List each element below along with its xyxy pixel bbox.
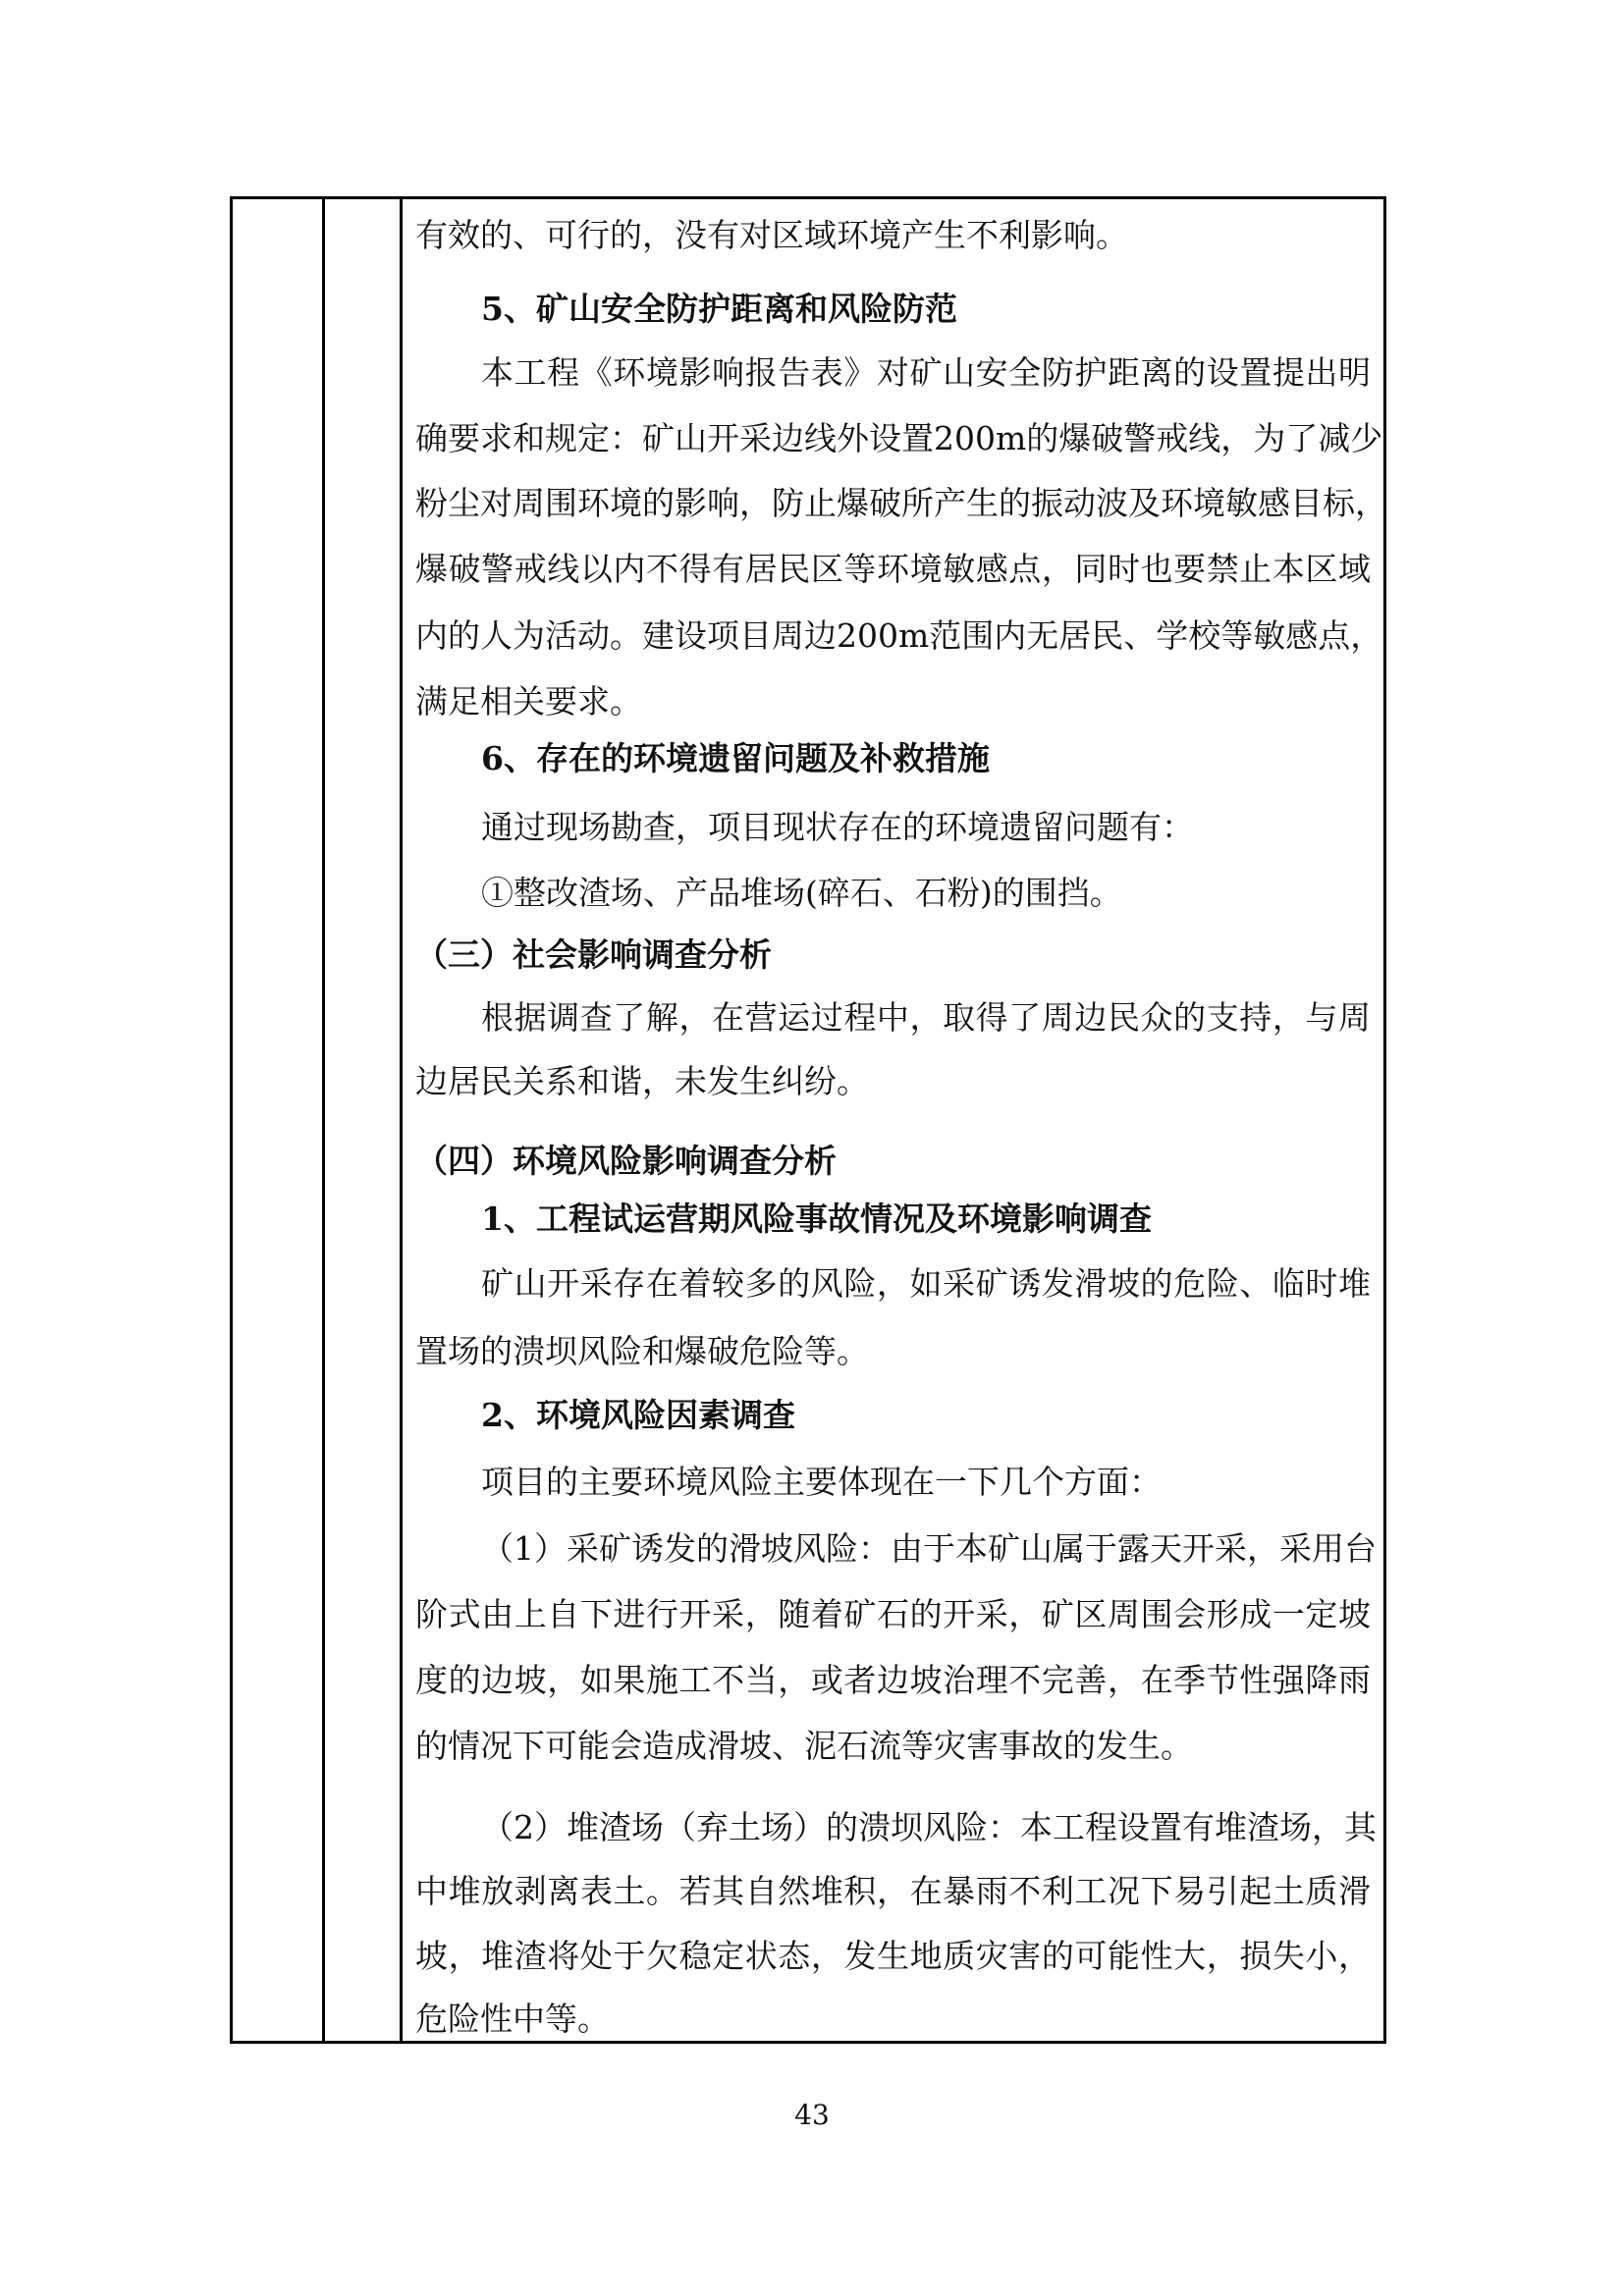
body-line: 的情况下可能会造成滑坡、泥石流等灾害事故的发生。 [415,1725,1371,1768]
body-line: 中堆放剥离表土。若其自然堆积，在暴雨不利工况下易引起土质滑 [415,1870,1371,1913]
body-line: 有效的、可行的，没有对区域环境产生不利影响。 [415,214,1371,257]
table-cell-empty-second [325,199,400,2041]
body-line: 矿山开采存在着较多的风险，如采矿诱发滑坡的危险、临时堆 [481,1262,1371,1306]
page-number: 43 [785,2099,839,2132]
body-line: 根据调查了解，在营运过程中，取得了周边民众的支持，与周 [481,996,1371,1040]
chapter-heading: （四）环境风险影响调查分析 [415,1140,1371,1183]
body-line: 项目的主要环境风险主要体现在一下几个方面： [481,1461,1371,1504]
table-cell-content: 有效的、可行的，没有对区域环境产生不利影响。 5、矿山安全防护距离和风险防范 本… [403,199,1383,2041]
body-line: 本工程《环境影响报告表》对矿山安全防护距离的设置提出明 [481,351,1371,395]
list-item: （1）采矿诱发的滑坡风险：由于本矿山属于露天开采，采用台 [481,1527,1371,1571]
body-line: 坡，堆渣将处于欠稳定状态，发生地质灾害的可能性大，损失小， [415,1935,1371,1978]
chapter-heading: （三）社会影响调查分析 [415,934,1371,977]
body-line: 通过现场勘查，项目现状存在的环境遗留问题有： [481,806,1371,849]
body-line: 内的人为活动。建设项目周边200m范围内无居民、学校等敏感点， [415,614,1371,658]
body-line: 边居民关系和谐，未发生纠纷。 [415,1060,1371,1103]
body-line: 阶式由上自下进行开采，随着矿石的开采，矿区周围会形成一定坡 [415,1593,1371,1636]
section-heading: 5、矿山安全防护距离和风险防范 [481,288,1371,331]
table-cell-empty-first [233,199,322,2041]
section-heading: 1、工程试运营期风险事故情况及环境影响调查 [481,1198,1371,1241]
list-item: ①整改渣场、产品堆场(碎石、石粉)的围挡。 [481,872,1371,915]
body-line: 满足相关要求。 [415,680,1371,723]
section-heading: 6、存在的环境遗留问题及补救措施 [481,737,1371,780]
body-line: 度的边坡，如果施工不当，或者边坡治理不完善，在季节性强降雨 [415,1659,1371,1702]
body-line: 爆破警戒线以内不得有居民区等环境敏感点，同时也要禁止本区域 [415,548,1371,591]
document-page: 有效的、可行的，没有对区域环境产生不利影响。 5、矿山安全防护距离和风险防范 本… [0,0,1624,2296]
body-line: 置场的溃坝风险和爆破危险等。 [415,1330,1371,1373]
body-line: 危险性中等。 [415,1998,1371,2041]
body-line: 粉尘对周围环境的影响，防止爆破所产生的振动波及环境敏感目标， [415,482,1371,525]
list-item: （2）堆渣场（弃土场）的溃坝风险：本工程设置有堆渣场，其 [481,1806,1371,1849]
section-heading: 2、环境风险因素调查 [481,1394,1371,1437]
body-line: 确要求和规定：矿山开采边线外设置200m的爆破警戒线，为了减少 [415,417,1371,460]
